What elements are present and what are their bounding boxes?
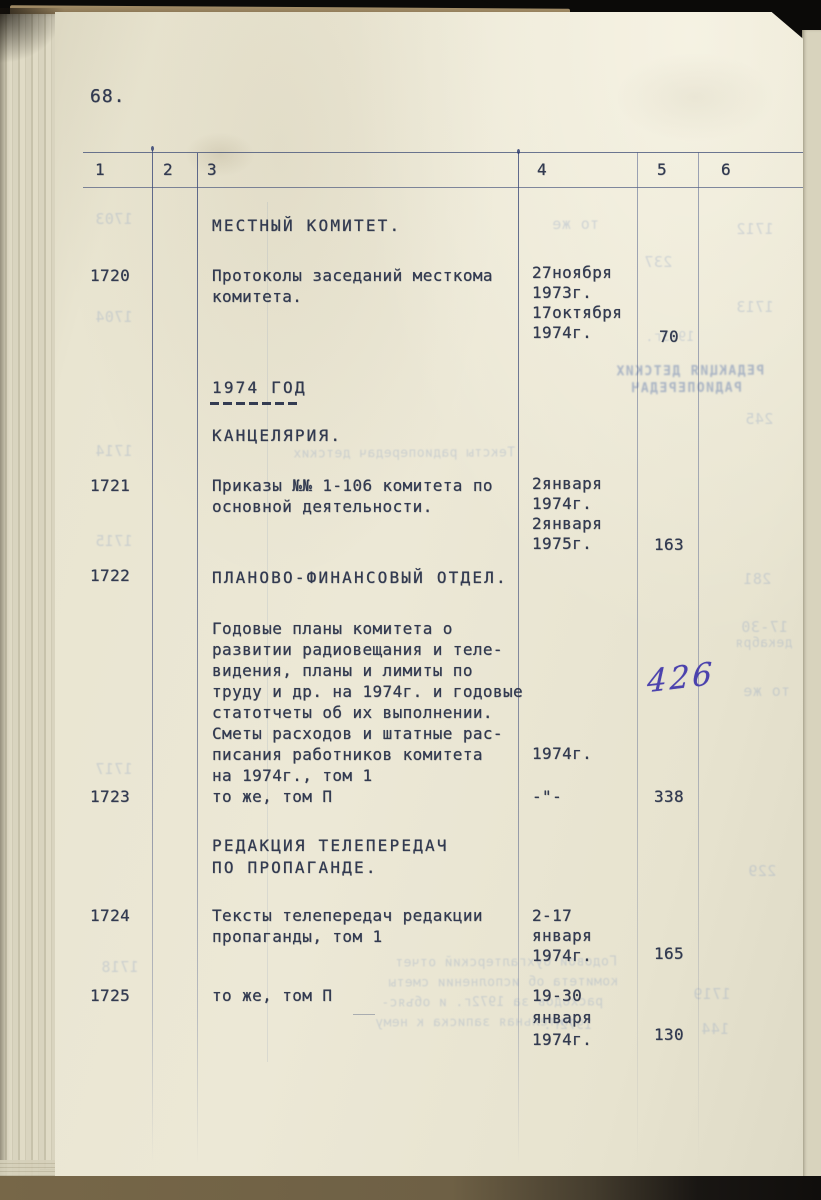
- scanner-bed-bottom: [0, 1176, 821, 1200]
- bleedthrough-text: 144: [701, 1020, 729, 1038]
- year-heading: 1974 ГОД: [212, 377, 307, 398]
- paper-stain: [185, 132, 255, 177]
- page-sheet: то же 1712 237 1713 1973г. 1703 1704 РЕД…: [55, 12, 803, 1176]
- row-sheet-count: 130: [643, 1024, 695, 1045]
- bleedthrough-text: 1718: [101, 958, 139, 976]
- column-header-1: 1: [95, 159, 105, 180]
- row-date-line: 1974г.: [532, 945, 592, 966]
- section-heading-redaktsiya: ПО ПРОПАГАНДЕ.: [212, 857, 378, 878]
- row-date-line: 1975г.: [532, 533, 592, 554]
- bleedthrough-text: декабря: [735, 636, 793, 651]
- scanned-archive-page: то же 1712 237 1713 1973г. 1703 1704 РЕД…: [0, 0, 821, 1200]
- bleedthrough-text: 1717: [95, 760, 133, 778]
- row-number: 1724: [90, 905, 130, 926]
- row-description-line: видения, планы и лимиты по: [212, 660, 473, 681]
- row-description-line: Тексты телепередач редакции: [212, 905, 483, 926]
- row-number: 1722: [90, 565, 130, 586]
- table-rule-col1: [152, 150, 153, 1162]
- table-rule-top: [83, 152, 803, 153]
- bleedthrough-text: 1715: [95, 532, 133, 550]
- row-date-line: 2января: [532, 513, 602, 534]
- bleedthrough-text: 1704: [95, 308, 133, 326]
- row-date-line: 1974г.: [532, 743, 592, 764]
- bleedthrough-text: 1703: [95, 210, 133, 228]
- bleedthrough-text: 1713: [736, 298, 774, 316]
- row-description-line: комитета.: [212, 286, 302, 307]
- bleedthrough-text: то же: [552, 215, 599, 233]
- row-description-line: пропаганды, том 1: [212, 926, 383, 947]
- row-date-line: 1974г.: [532, 493, 592, 514]
- row-number: 1720: [90, 265, 130, 286]
- section-heading-chancellery: КАНЦЕЛЯРИЯ.: [212, 425, 342, 446]
- row-number: 1723: [90, 786, 130, 807]
- adjacent-page-edge: [802, 30, 821, 1180]
- bleedthrough-text: то же: [743, 682, 790, 700]
- column-header-3: 3: [207, 159, 217, 180]
- row-description-line: статотчеты об их выполнении.: [212, 702, 493, 723]
- table-rule-header-bottom: [83, 187, 803, 188]
- column-header-6: 6: [721, 159, 731, 180]
- bleedthrough-text: 245: [745, 410, 773, 428]
- row-number: 1721: [90, 475, 130, 496]
- bleedthrough-text: Тексты радиопередач детских: [293, 445, 515, 461]
- row-sheet-count: 338: [643, 786, 695, 807]
- row-date-ditto: -"-: [532, 786, 562, 807]
- row-date-line: 27ноября: [532, 262, 612, 283]
- bleedthrough-text: 237: [644, 253, 672, 271]
- page-stack-left-edge: [0, 14, 58, 1184]
- row-description-line: Годовые планы комитета о: [212, 618, 453, 639]
- row-date-line: 17октября: [532, 302, 622, 323]
- row-date-line: 2-17: [532, 905, 572, 926]
- bleedthrough-text: комитета об исполнении сметы: [388, 974, 618, 990]
- table-rule-col2: [197, 153, 198, 1163]
- bleedthrough-text: 281: [743, 570, 771, 588]
- section-heading-planfin: ПЛАНОВО-ФИНАНСОВЫЙ ОТДЕЛ.: [212, 567, 508, 588]
- row-description-line: писания работников комитета: [212, 744, 483, 765]
- year-heading-underline: [210, 402, 300, 405]
- row-sheet-count: 70: [643, 326, 695, 347]
- column-header-5: 5: [657, 159, 667, 180]
- section-heading-redaktsiya: РЕДАКЦИЯ ТЕЛЕПЕРЕДАЧ: [212, 835, 449, 856]
- handwritten-number: 426: [647, 656, 716, 701]
- table-rule-col4: [637, 152, 638, 1166]
- row-sheet-count: 163: [643, 534, 695, 555]
- row-date-line: 2января: [532, 473, 602, 494]
- row-description-line: то же, том П: [212, 786, 332, 807]
- paper-shadow: [615, 52, 775, 142]
- ink-blot: [517, 149, 520, 154]
- row-description-line: развитии радиовещания и теле-: [212, 639, 503, 660]
- row-date-line: января: [532, 1007, 592, 1028]
- row-description-line: труду и др. на 1974г. и годовые: [212, 681, 523, 702]
- section-heading-mestkom: МЕСТНЫЙ КОМИТЕТ.: [212, 215, 401, 236]
- bleedthrough-text: 229: [748, 862, 776, 880]
- bleedthrough-text: 1714: [95, 442, 133, 460]
- row-description-line: Сметы расходов и штатные рас-: [212, 723, 503, 744]
- row-date-line: 1973г.: [532, 282, 592, 303]
- bleedthrough-text: РАДИОПЕРЕДАЧ: [630, 381, 742, 397]
- bleedthrough-text: 17-30: [741, 618, 788, 636]
- bleedthrough-text: 1712: [736, 220, 774, 238]
- stray-dash-mark: [353, 1014, 375, 1015]
- page-number: 68.: [90, 86, 126, 107]
- ink-blot: [151, 146, 154, 151]
- row-sheet-count: 165: [643, 943, 695, 964]
- row-number: 1725: [90, 985, 130, 1006]
- row-description-line: на 1974г., том 1: [212, 765, 373, 786]
- row-description-line: то же, том П: [212, 985, 332, 1006]
- column-header-2: 2: [163, 159, 173, 180]
- row-date-line: 1974г.: [532, 322, 592, 343]
- table-rule-col3: [518, 153, 519, 1165]
- row-date-line: января: [532, 925, 592, 946]
- row-description-line: основной деятельности.: [212, 496, 433, 517]
- row-date-line: 19-30: [532, 985, 582, 1006]
- row-date-line: 1974г.: [532, 1029, 592, 1050]
- row-description-line: Протоколы заседаний месткома: [212, 265, 493, 286]
- column-header-4: 4: [537, 159, 547, 180]
- row-description-line: Приказы №№ 1-106 комитета по: [212, 475, 493, 496]
